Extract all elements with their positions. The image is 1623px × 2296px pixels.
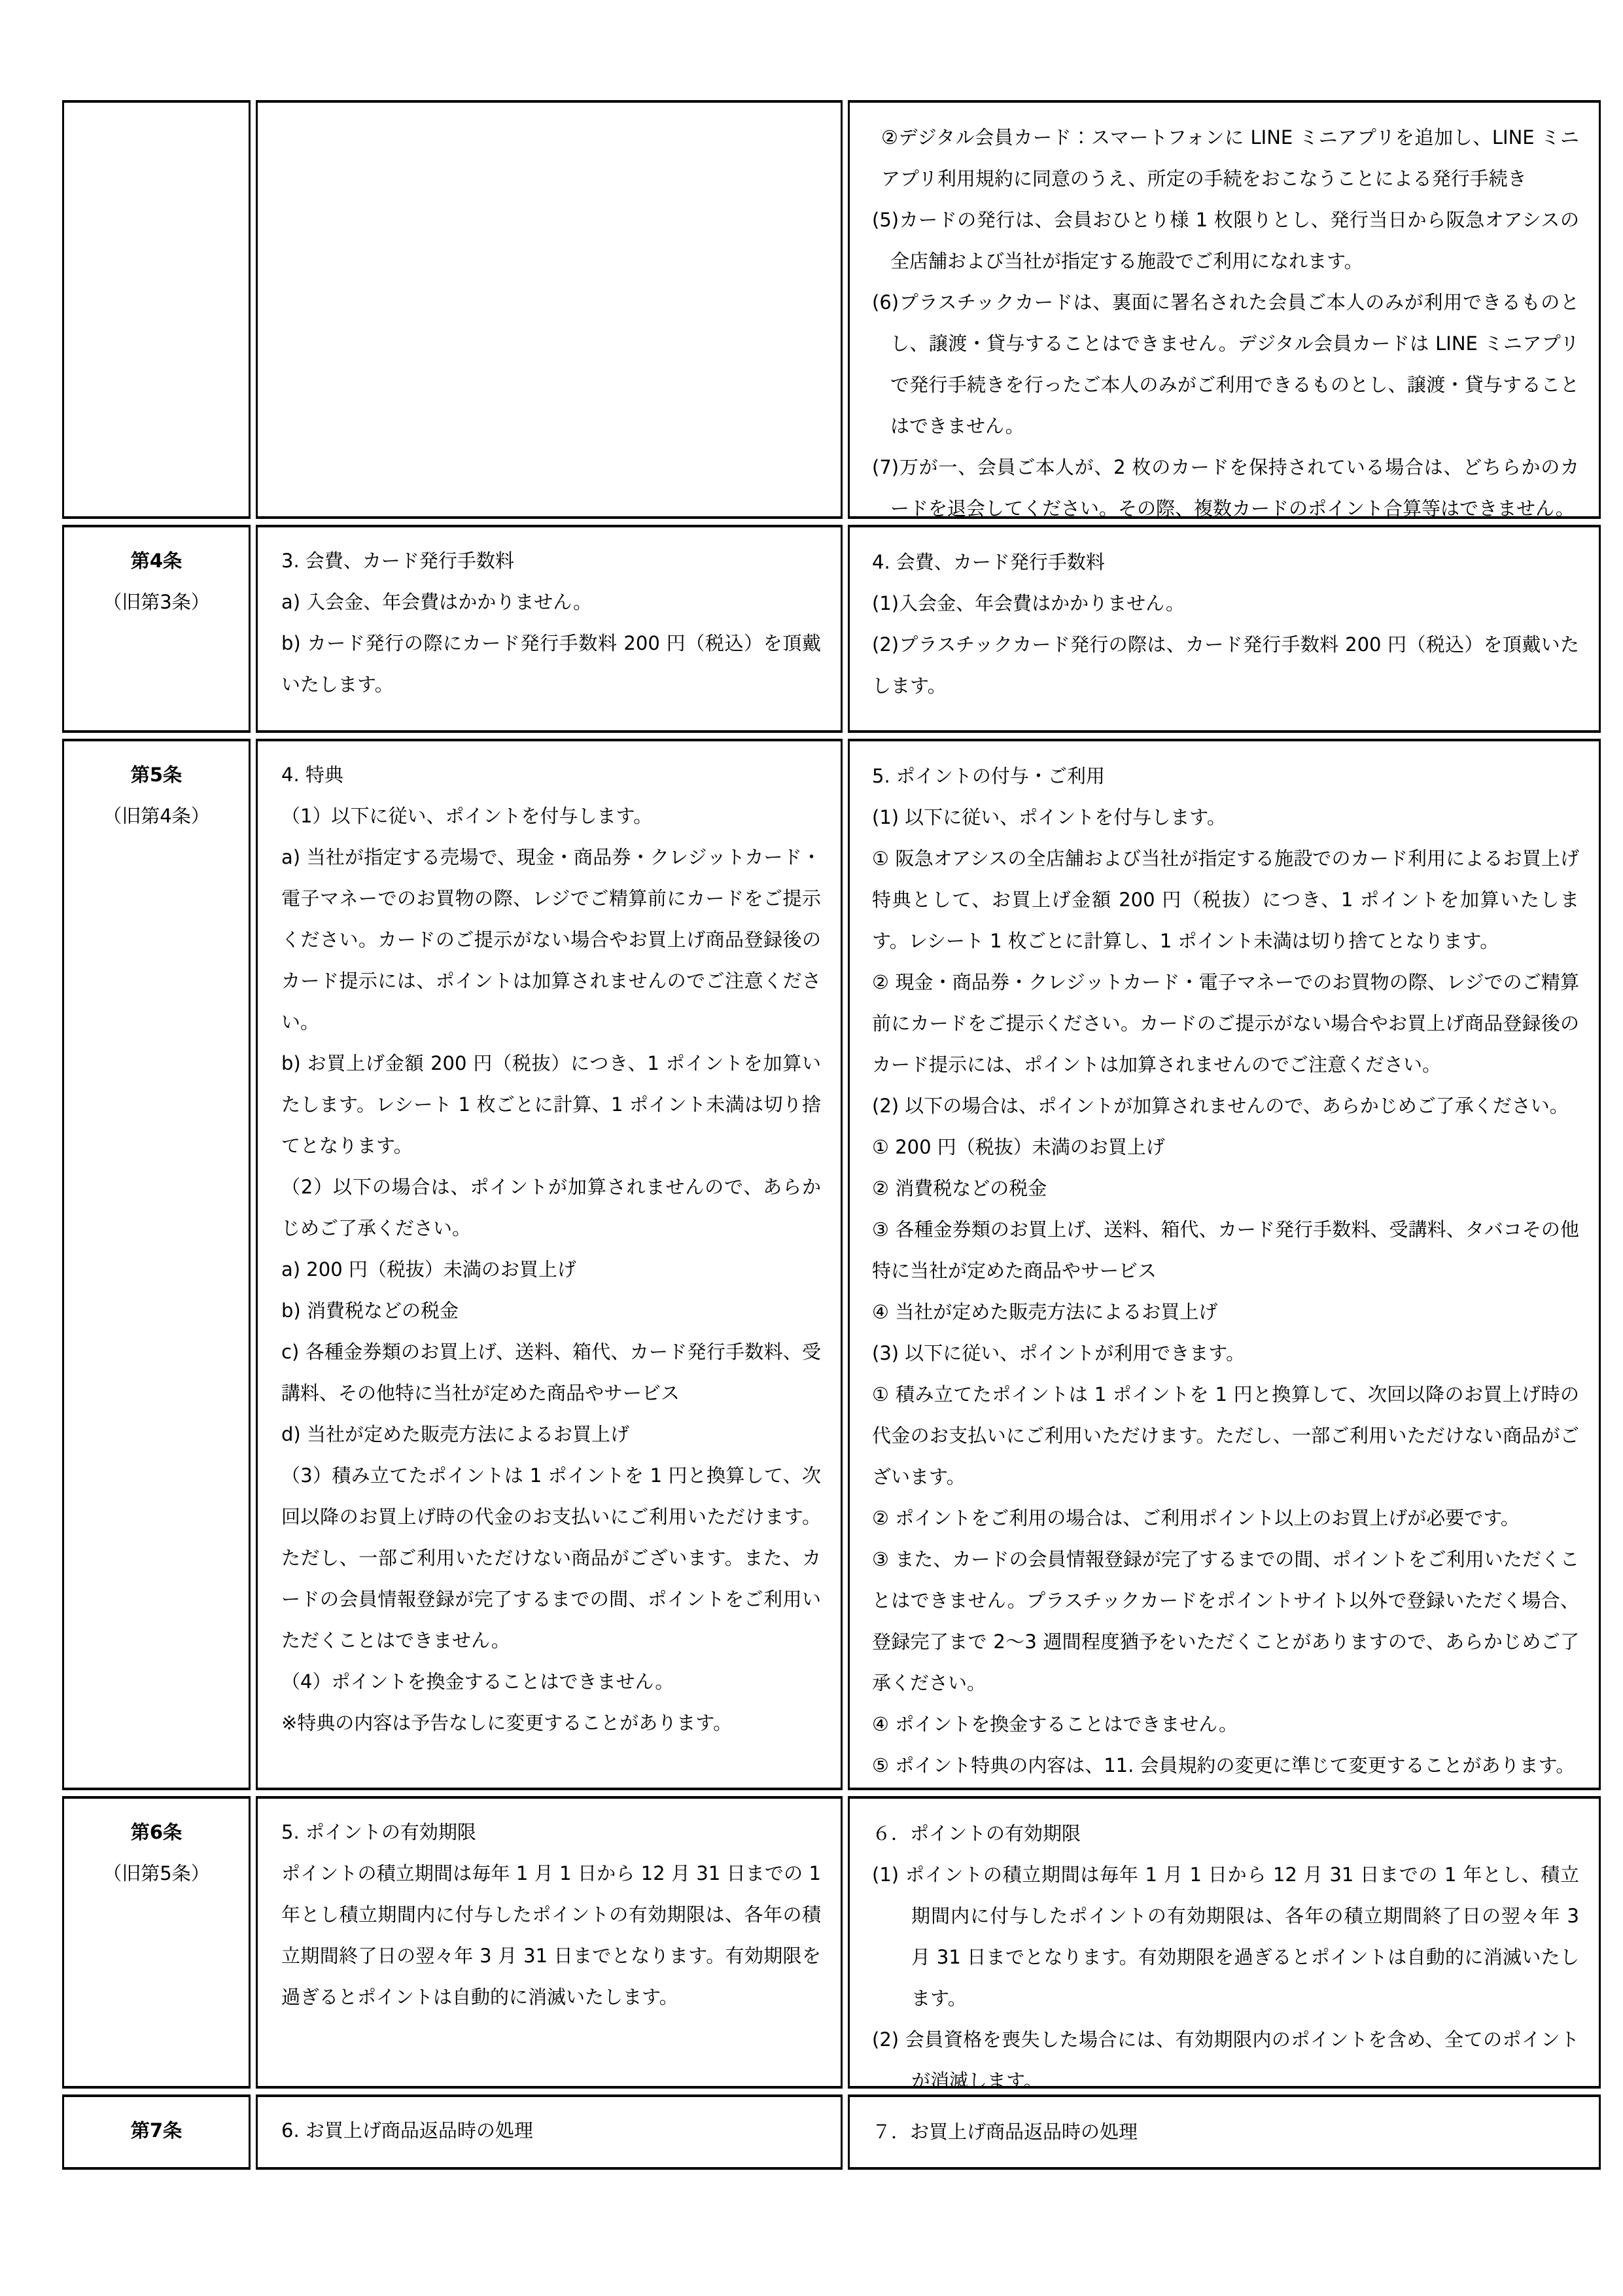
old-article-number: （旧第3条） xyxy=(64,582,249,623)
paragraph: ④ 当社が定めた販売方法によるお買上げ xyxy=(872,1292,1579,1333)
paragraph: ① 200 円（税抜）未満のお買上げ xyxy=(872,1127,1579,1168)
paragraph: （2）以下の場合は、ポイントが加算されませんので、あらかじめご了承ください。 xyxy=(281,1167,821,1249)
paragraph: ② ポイントをご利用の場合は、ご利用ポイント以上のお買上げが必要です。 xyxy=(872,1498,1579,1539)
paragraph: a) 200 円（税抜）未満のお買上げ xyxy=(281,1249,821,1290)
paragraph: ７．お買上げ商品返品時の処理 xyxy=(872,2111,1579,2153)
table-row: 第7条6. お買上げ商品返品時の処理７．お買上げ商品返品時の処理 xyxy=(62,2094,1601,2170)
paragraph: 3. 会費、カード発行手数料 xyxy=(281,540,821,582)
paragraph: （3）積み立てたポイントは 1 ポイントを 1 円と換算して、次回以降のお買上げ… xyxy=(281,1455,821,1661)
new-terms-cell: ７．お買上げ商品返品時の処理 xyxy=(848,2094,1601,2170)
old-terms-cell: 5. ポイントの有効期限ポイントの積立期間は毎年 1 月 1 日から 12 月 … xyxy=(256,1796,843,2089)
old-article-number: （旧第5条） xyxy=(64,1853,249,1894)
paragraph: 5. ポイントの付与・ご利用 xyxy=(872,756,1579,797)
paragraph: （1）以下に従い、ポイントを付与します。 xyxy=(281,796,821,837)
paragraph: ① 積み立てたポイントは 1 ポイントを 1 円と換算して、次回以降のお買上げ時… xyxy=(872,1374,1579,1498)
paragraph: d) 当社が定めた販売方法によるお買上げ xyxy=(281,1414,821,1455)
article-number: 第5条 xyxy=(64,754,249,796)
paragraph: (2)プラスチックカード発行の際は、カード発行手数料 200 円（税込）を頂戴い… xyxy=(872,624,1579,707)
paragraph: (1) ポイントの積立期間は毎年 1 月 1 日から 12 月 31 日までの … xyxy=(872,1854,1579,2019)
paragraph: a) 当社が指定する売場で、現金・商品券・クレジットカード・電子マネーでのお買物… xyxy=(281,837,821,1043)
document-page: ②デジタル会員カード：スマートフォンに LINE ミニアプリを追加し、LINE … xyxy=(0,0,1623,2296)
old-terms-cell: 3. 会費、カード発行手数料a) 入会金、年会費はかかりません。b) カード発行… xyxy=(256,525,843,733)
paragraph: (1) 以下に従い、ポイントを付与します。 xyxy=(872,797,1579,838)
paragraph: 6. お買上げ商品返品時の処理 xyxy=(281,2110,821,2151)
paragraph: (2) 以下の場合は、ポイントが加算されませんので、あらかじめご了承ください。 xyxy=(872,1086,1579,1127)
new-terms-cell: ②デジタル会員カード：スマートフォンに LINE ミニアプリを追加し、LINE … xyxy=(848,100,1601,519)
paragraph: ６．ポイントの有効期限 xyxy=(872,1813,1579,1854)
paragraph: (1)入会金、年会費はかかりません。 xyxy=(872,583,1579,624)
new-terms-cell: ６．ポイントの有効期限(1) ポイントの積立期間は毎年 1 月 1 日から 12… xyxy=(848,1796,1601,2089)
paragraph: ⑤ ポイント特典の内容は、11. 会員規約の変更に準じて変更することがあります。 xyxy=(872,1745,1579,1786)
paragraph: (6)プラスチックカードは、裏面に署名された会員ご本人のみが利用できるものとし、… xyxy=(872,282,1579,447)
paragraph: (2) 会員資格を喪失した場合には、有効期限内のポイントを含め、全てのポイントが… xyxy=(872,2019,1579,2089)
paragraph: ② 現金・商品券・クレジットカード・電子マネーでのお買物の際、レジでのご精算前に… xyxy=(872,962,1579,1086)
paragraph: （4）ポイントを換金することはできません。 xyxy=(281,1661,821,1703)
paragraph: b) カード発行の際にカード発行手数料 200 円（税込）を頂戴いたします。 xyxy=(281,623,821,705)
paragraph: (5)カードの発行は、会員おひとり様 1 枚限りとし、発行当日から阪急オアシスの… xyxy=(872,200,1579,282)
paragraph: ③ また、カードの会員情報登録が完了するまでの間、ポイントをご利用いただくことは… xyxy=(872,1539,1579,1704)
table-row: ②デジタル会員カード：スマートフォンに LINE ミニアプリを追加し、LINE … xyxy=(62,100,1601,519)
new-terms-cell: 4. 会費、カード発行手数料(1)入会金、年会費はかかりません。(2)プラスチッ… xyxy=(848,525,1601,733)
article-number: 第4条 xyxy=(64,540,249,582)
paragraph: (3) 以下に従い、ポイントが利用できます。 xyxy=(872,1333,1579,1374)
paragraph: c) 各種金券類のお買上げ、送料、箱代、カード発行手数料、受講料、その他特に当社… xyxy=(281,1332,821,1414)
article-number-cell: 第6条（旧第5条） xyxy=(62,1796,251,2089)
paragraph: ④ ポイントを換金することはできません。 xyxy=(872,1704,1579,1745)
article-number-cell: 第7条 xyxy=(62,2094,251,2170)
paragraph: ③ 各種金券類のお買上げ、送料、箱代、カード発行手数料、受講料、タバコその他特に… xyxy=(872,1209,1579,1292)
paragraph: ⑥ ポイントの残高は、レシートもしくはポイントサイトにてご確認いただけます。 xyxy=(872,1786,1579,1790)
table-row: 第4条（旧第3条）3. 会費、カード発行手数料a) 入会金、年会費はかかりません… xyxy=(62,525,1601,733)
old-terms-cell xyxy=(256,100,843,519)
paragraph: b) お買上げ金額 200 円（税抜）につき、1 ポイントを加算いたします。レシ… xyxy=(281,1043,821,1167)
old-terms-cell: 6. お買上げ商品返品時の処理 xyxy=(256,2094,843,2170)
old-article-number: （旧第4条） xyxy=(64,796,249,837)
new-terms-cell: 5. ポイントの付与・ご利用(1) 以下に従い、ポイントを付与します。① 阪急オ… xyxy=(848,739,1601,1790)
paragraph: ② 消費税などの税金 xyxy=(872,1168,1579,1209)
article-number-cell xyxy=(62,100,251,519)
article-number-cell: 第5条（旧第4条） xyxy=(62,739,251,1790)
old-terms-cell: 4. 特典（1）以下に従い、ポイントを付与します。a) 当社が指定する売場で、現… xyxy=(256,739,843,1790)
table-row: 第5条（旧第4条）4. 特典（1）以下に従い、ポイントを付与します。a) 当社が… xyxy=(62,739,1601,1790)
paragraph: 4. 会費、カード発行手数料 xyxy=(872,542,1579,583)
table-row: 第6条（旧第5条）5. ポイントの有効期限ポイントの積立期間は毎年 1 月 1 … xyxy=(62,1796,1601,2089)
paragraph: b) 消費税などの税金 xyxy=(281,1290,821,1332)
article-number-cell: 第4条（旧第3条） xyxy=(62,525,251,733)
paragraph: a) 入会金、年会費はかかりません。 xyxy=(281,582,821,623)
paragraph: 5. ポイントの有効期限 xyxy=(281,1812,821,1853)
paragraph: ① 阪急オアシスの全店舗および当社が指定する施設でのカード利用によるお買上げ特典… xyxy=(872,838,1579,962)
terms-comparison-table: ②デジタル会員カード：スマートフォンに LINE ミニアプリを追加し、LINE … xyxy=(62,100,1601,2176)
paragraph: (7)万が一、会員ご本人が、2 枚のカードを保持されている場合は、どちらかのカー… xyxy=(872,447,1579,519)
paragraph: ※特典の内容は予告なしに変更することがあります。 xyxy=(281,1703,821,1744)
paragraph: ②デジタル会員カード：スマートフォンに LINE ミニアプリを追加し、LINE … xyxy=(872,117,1579,200)
paragraph: 4. 特典 xyxy=(281,754,821,796)
article-number: 第7条 xyxy=(64,2110,249,2151)
paragraph: ポイントの積立期間は毎年 1 月 1 日から 12 月 31 日までの 1 年と… xyxy=(281,1853,821,2018)
article-number: 第6条 xyxy=(64,1812,249,1853)
